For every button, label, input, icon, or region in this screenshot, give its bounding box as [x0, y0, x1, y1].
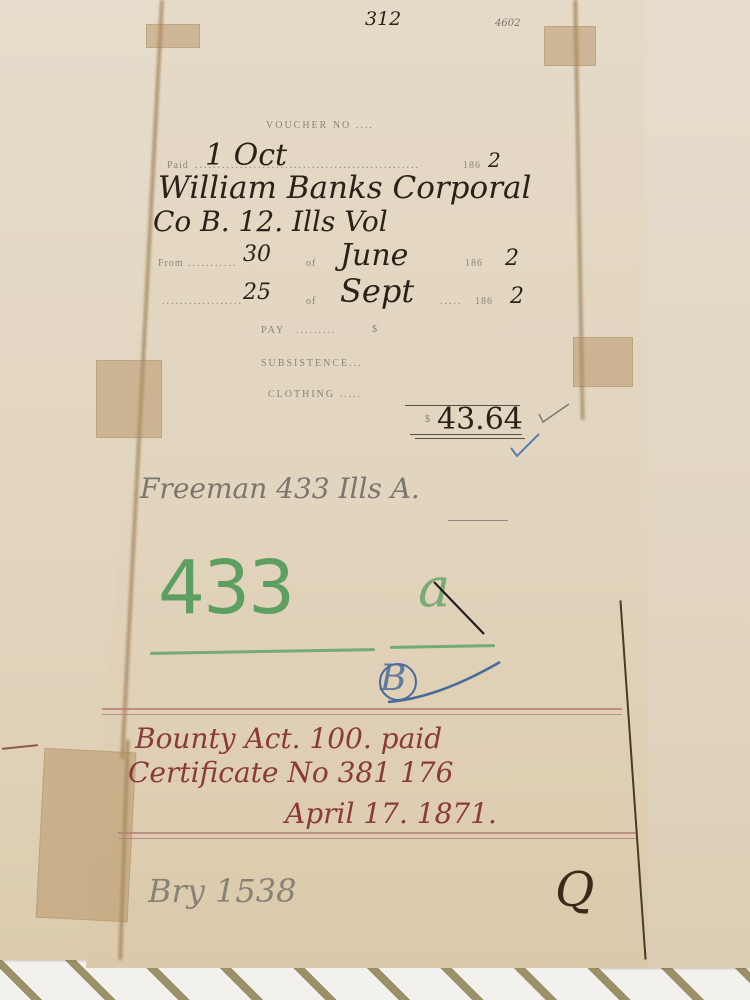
tape-top-left: [146, 24, 200, 48]
pencil-tick-icon: [535, 400, 575, 430]
top-number-4602: 4602: [495, 18, 520, 29]
red-rule-top-2: [102, 714, 622, 715]
bottom-pencil-number: Bry 1538: [148, 872, 297, 910]
from-label: From: [158, 258, 184, 269]
voucher-no-label: Voucher No ....: [266, 120, 374, 131]
bounty-line-2: Certificate No 381 176: [128, 756, 453, 789]
pencil-note-freeman: Freeman 433 Ills A.: [140, 472, 420, 505]
from-day: 30: [243, 242, 271, 267]
blue-flourish-icon: [378, 650, 508, 710]
from-month: June: [340, 238, 408, 273]
soldier-unit: Co B. 12. Ills Vol: [153, 205, 388, 238]
from-dots: ...........: [188, 258, 238, 269]
paid-year-suffix: 2: [488, 148, 501, 172]
red-rule-top: [102, 708, 622, 710]
pencil-underline: [448, 520, 508, 521]
total-dollar-sign: $: [425, 414, 431, 425]
top-number-312: 312: [365, 8, 401, 30]
from-year-prefix: 186: [465, 258, 483, 269]
clothing-label: Clothing .....: [268, 389, 362, 400]
to-dots-2: .....: [440, 296, 463, 307]
bounty-line-1: Bounty Act. 100. paid: [135, 722, 442, 755]
paid-date: 1 Oct: [205, 138, 287, 173]
to-year-suffix: 2: [510, 284, 524, 309]
pay-label: Pay: [261, 325, 285, 336]
soldier-name-rank: William Banks Corporal: [158, 170, 531, 206]
to-dots: ..................: [162, 296, 243, 307]
subsistence-label: Subsistence...: [261, 358, 363, 369]
from-of-label: of: [306, 258, 316, 269]
red-rule-bottom: [118, 832, 636, 834]
pay-dots: .........: [296, 325, 337, 336]
tape-bottom-left: [36, 748, 137, 923]
red-rule-bottom-2: [118, 838, 636, 839]
to-month: Sept: [340, 272, 414, 310]
to-day: 25: [243, 280, 271, 305]
tape-mid-left: [96, 360, 162, 438]
blue-checkmark-icon: [505, 430, 545, 460]
bounty-line-3: April 17. 1871.: [285, 797, 497, 830]
bottom-right-letter: Q: [555, 862, 594, 918]
tape-top-right: [544, 26, 596, 66]
pay-dollar-sign: $: [372, 324, 378, 335]
to-year-prefix: 186: [475, 296, 493, 307]
from-year-suffix: 2: [505, 246, 519, 271]
to-of-label: of: [306, 296, 316, 307]
strike-through-mark-icon: [430, 578, 490, 638]
tape-mid-right: [573, 337, 633, 387]
green-crayon-number: 433: [158, 545, 293, 631]
